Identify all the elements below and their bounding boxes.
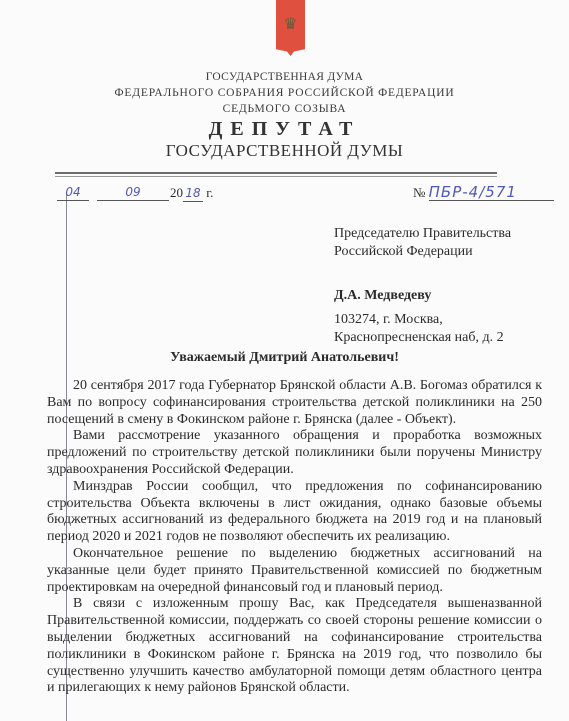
year-suffix-field: 18 [183, 185, 203, 202]
letterhead-subtitle: ГОСУДАРСТВЕННОЙ ДУМЫ [0, 141, 569, 161]
letterhead-line-2: ФЕДЕРАЛЬНОГО СОБРАНИЯ РОССИЙСКОЙ ФЕДЕРАЦ… [0, 87, 569, 99]
paragraph: Минздрав России сообщил, что предложения… [47, 479, 542, 546]
header-divider-thick [55, 172, 497, 174]
address-line-2: Краснопресненская наб, д. 2 [334, 329, 504, 347]
addressee-position: Председателю Правительства Российской Фе… [334, 225, 511, 260]
date-year: 2018 г. [170, 185, 213, 202]
paragraph: Окончательное решение по выделению бюдже… [47, 546, 542, 596]
date-day-field: 04 [57, 184, 89, 201]
letterhead-title: ДЕПУТАТ [0, 118, 569, 141]
paragraph: 20 сентября 2017 года Губернатор Брянско… [47, 378, 542, 428]
addressee-position-line-1: Председателю Правительства [334, 225, 511, 243]
salutation: Уважаемый Дмитрий Анатольевич! [0, 350, 569, 366]
year-prefix: 20 [170, 185, 183, 200]
year-label: г. [206, 185, 213, 200]
double-headed-eagle-icon: ♛ [280, 6, 301, 44]
paragraph: Вами рассмотрение указанного обращения и… [47, 428, 542, 478]
number-sign: № [413, 185, 425, 200]
letterhead-line-3: СЕДЬМОГО СОЗЫВА [0, 103, 569, 115]
address-line-1: 103274, г. Москва, [334, 311, 504, 329]
addressee-name: Д.А. Медведеву [334, 287, 431, 305]
document-number-value: ПБР-4/571 [429, 184, 554, 201]
coat-of-arms-icon: ♛ [276, 0, 305, 56]
document-number: № ПБР-4/571 [413, 184, 554, 201]
addressee-position-line-2: Российской Федерации [334, 243, 511, 261]
letterhead-line-1: ГОСУДАРСТВЕННАЯ ДУМА [0, 71, 569, 83]
header-divider-thin [55, 176, 497, 177]
paragraph: В связи с изложенным прошу Вас, как Пред… [47, 596, 542, 697]
letter-body: 20 сентября 2017 года Губернатор Брянско… [47, 378, 542, 697]
date-month-field: 09 [97, 184, 169, 201]
addressee-address: 103274, г. Москва, Краснопресненская наб… [334, 311, 504, 346]
